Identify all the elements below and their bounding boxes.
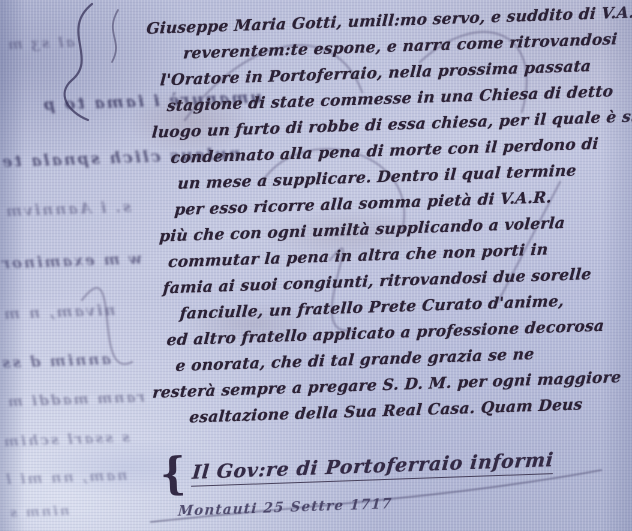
brace-glyph: { (159, 452, 186, 497)
bleedthrough-fragment: nam, nn mi l (4, 468, 128, 488)
signature-dateline: Montauti 25 Settre 1717 (178, 496, 393, 520)
bleedthrough-fragment: al sʒ m (6, 35, 75, 53)
bleedthrough-fragment: nivam, n m (2, 301, 116, 323)
bleedthrough-fragment: w m examinor (0, 250, 142, 273)
manuscript-photo: al sʒ mumanurè i iama to pnulaus clich s… (0, 0, 632, 531)
bleedthrough-fragment: s ssarl schim (2, 430, 130, 450)
rescript-line: { Il Gov:re di Portoferraio informi (159, 441, 553, 495)
bleedthrough-fragment: s. i Aannivm (4, 198, 132, 220)
bleedthrough-fragment: ninm s (8, 504, 70, 521)
manuscript-text-block: Giuseppe Maria Gotti, umill:mo servo, e … (138, 0, 632, 432)
rescript-text: Il Gov:re di Portoferraio informi (191, 449, 555, 487)
bleedthrough-fragment: ranm maddi m (6, 390, 145, 411)
bleedthrough-fragment: annim d ss (0, 350, 111, 372)
pen-flourish-icon (0, 0, 140, 140)
